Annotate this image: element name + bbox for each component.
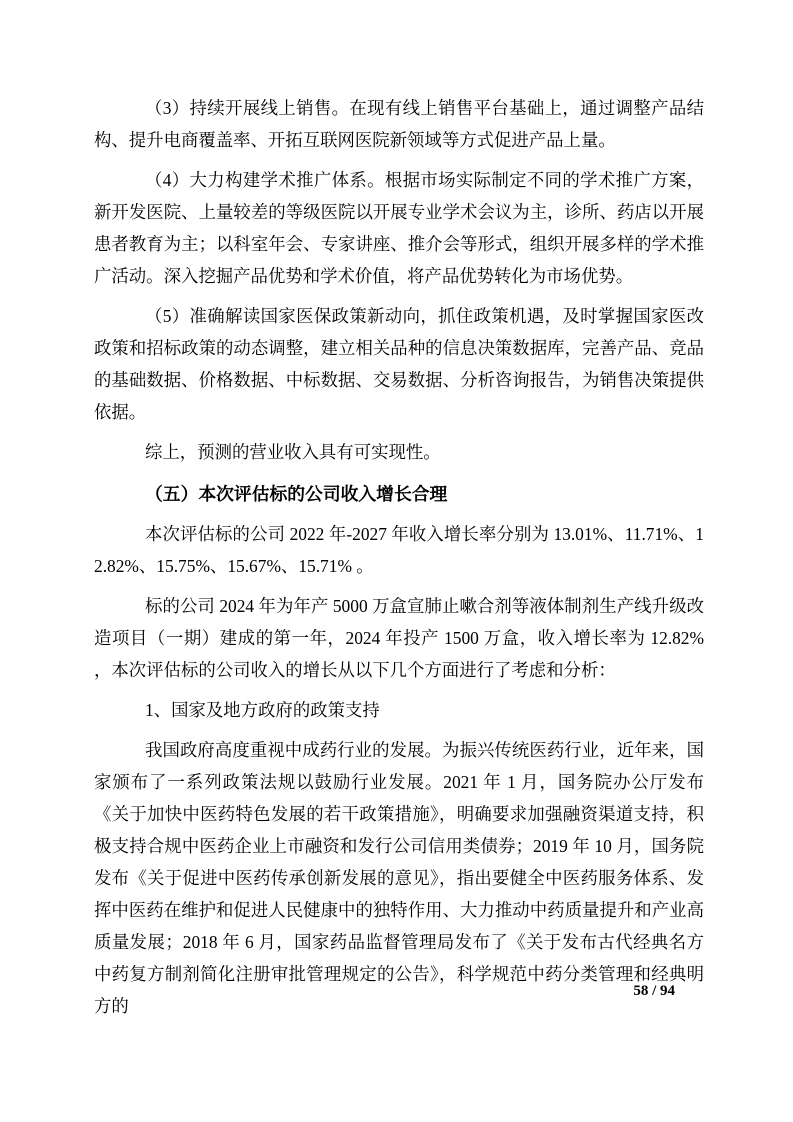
document-page: （3）持续开展线上销售。在现有线上销售平台基础上，通过调整产品结构、提升电商覆盖…	[0, 0, 793, 1122]
paragraph-item-3: （3）持续开展线上销售。在现有线上销售平台基础上，通过调整产品结构、提升电商覆盖…	[94, 92, 704, 156]
paragraph-item-4: （4）大力构建学术推广体系。根据市场实际制定不同的学术推广方案，新开发医院、上量…	[94, 164, 704, 292]
policy-detail-paragraph: 我国政府高度重视中成药行业的发展。为振兴传统医药行业，近年来，国家颁布了一系列政…	[94, 734, 704, 1022]
paragraph-item-5: （5）准确解读国家医保政策新动向，抓住政策机遇，及时掌握国家医改政策和招标政策的…	[94, 300, 704, 428]
project-2024-paragraph: 标的公司 2024 年为年产 5000 万盒宣肺止嗽合剂等液体制剂生产线升级改造…	[94, 590, 704, 686]
section-heading: （五）本次评估标的公司收入增长合理	[94, 478, 704, 510]
growth-rate-paragraph: 本次评估标的公司 2022 年-2027 年收入增长率分别为 13.01%、11…	[94, 518, 704, 582]
policy-subheading: 1、国家及地方政府的政策支持	[94, 694, 704, 726]
page-number: 58 / 94	[633, 982, 675, 1000]
summary-paragraph: 综上，预测的营业收入具有可实现性。	[94, 436, 704, 468]
page-body: （3）持续开展线上销售。在现有线上销售平台基础上，通过调整产品结构、提升电商覆盖…	[94, 92, 704, 1030]
